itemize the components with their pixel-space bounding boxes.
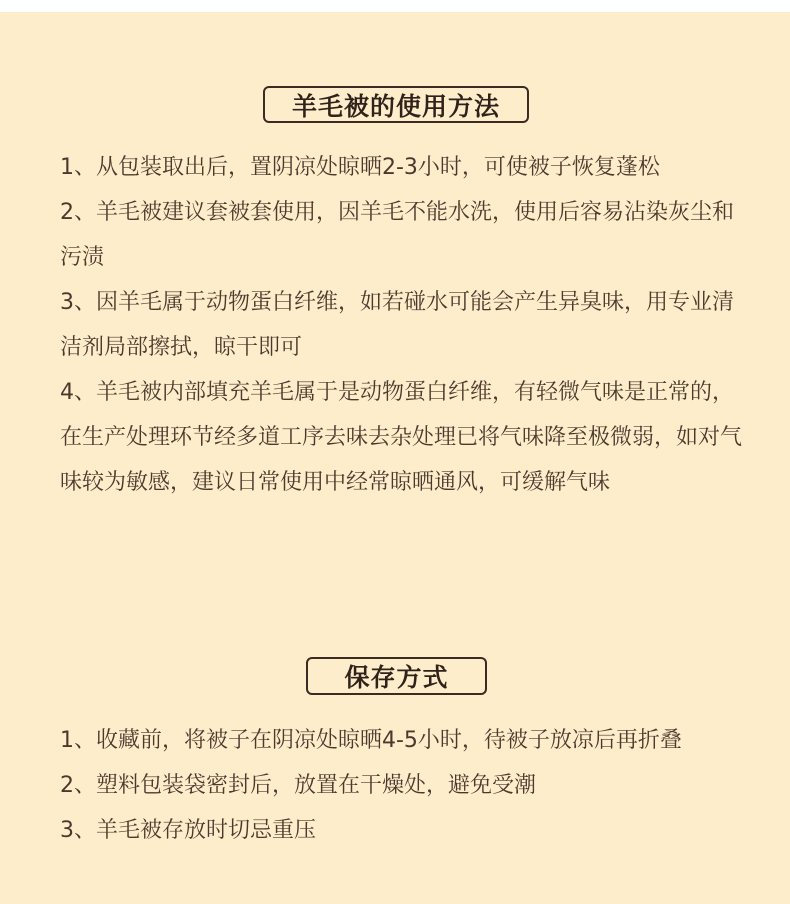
storage-item-2: 2、塑料包装袋密封后，放置在干燥处，避免受潮 — [60, 763, 750, 808]
usage-item-3: 3、因羊毛属于动物蛋白纤维，如若碰水可能会产生异臭味，用专业清洁剂局部擦拭，晾干… — [60, 280, 750, 370]
usage-instructions-list: 1、从包装取出后，置阴凉处晾晒2-3小时，可使被子恢复蓬松 2、羊毛被建议套被套… — [60, 145, 750, 505]
usage-item-1: 1、从包装取出后，置阴凉处晾晒2-3小时，可使被子恢复蓬松 — [60, 145, 750, 190]
product-info-page: 羊毛被的使用方法 1、从包装取出后，置阴凉处晾晒2-3小时，可使被子恢复蓬松 2… — [0, 12, 790, 904]
usage-section-title: 羊毛被的使用方法 — [263, 86, 529, 123]
usage-item-4: 4、羊毛被内部填充羊毛属于是动物蛋白纤维，有轻微气味是正常的，在生产处理环节经多… — [60, 370, 750, 505]
storage-section-title: 保存方式 — [306, 657, 487, 695]
storage-item-1: 1、收藏前，将被子在阴凉处晾晒4-5小时，待被子放凉后再折叠 — [60, 718, 750, 763]
storage-item-3: 3、羊毛被存放时切忌重压 — [60, 808, 750, 853]
storage-instructions-list: 1、收藏前，将被子在阴凉处晾晒4-5小时，待被子放凉后再折叠 2、塑料包装袋密封… — [60, 718, 750, 853]
usage-item-2: 2、羊毛被建议套被套使用，因羊毛不能水洗，使用后容易沾染灰尘和污渍 — [60, 190, 750, 280]
